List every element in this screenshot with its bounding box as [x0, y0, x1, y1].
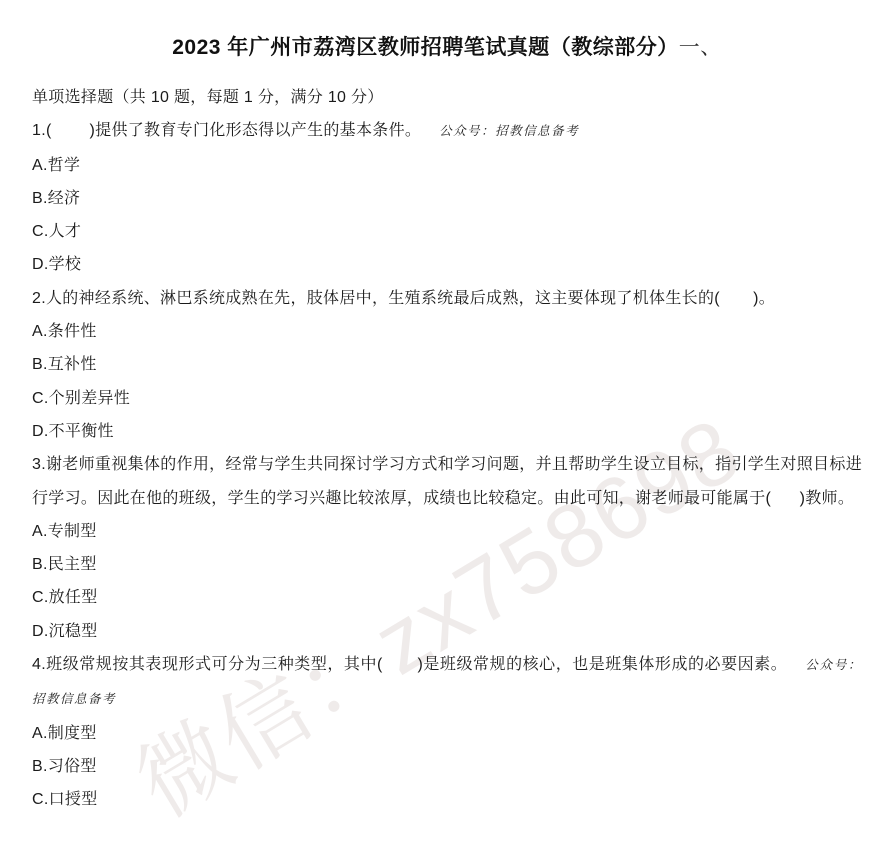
document-page: 微信：zx758698 2023 年广州市荔湾区教师招聘笔试真题（教综部分）一、…	[0, 0, 890, 845]
question-1-option-a: A.哲学	[32, 149, 862, 182]
document-content: 2023 年广州市荔湾区教师招聘笔试真题（教综部分）一、 单项选择题（共 10 …	[0, 0, 890, 817]
question-3-option-d: D.沉稳型	[32, 615, 862, 648]
question-3-option-b: B.民主型	[32, 548, 862, 581]
question-2-option-b: B.互补性	[32, 348, 862, 381]
question-3-text: 3.谢老师重视集体的作用，经常与学生共同探讨学习方式和学习问题，并且帮助学生设立…	[32, 448, 862, 515]
question-4-option-b: B.习俗型	[32, 750, 862, 783]
question-4-body: 4.班级常规按其表现形式可分为三种类型，其中( )是班级常规的核心，也是班集体形…	[32, 656, 787, 673]
question-1-option-d: D.学校	[32, 248, 862, 281]
question-2-option-a: A.条件性	[32, 315, 862, 348]
question-2-option-d: D.不平衡性	[32, 415, 862, 448]
question-1-wechat-note: 公众号：招教信息备考	[439, 124, 579, 138]
page-title-suffix: 一、	[679, 36, 722, 59]
question-2-text: 2.人的神经系统、淋巴系统成熟在先，肢体居中，生殖系统最后成熟，这主要体现了机体…	[32, 282, 862, 315]
question-1-option-c: C.人才	[32, 215, 862, 248]
question-3-option-c: C.放任型	[32, 581, 862, 614]
question-3-option-a: A.专制型	[32, 515, 862, 548]
question-2-option-c: C.个别差异性	[32, 382, 862, 415]
section-header: 单项选择题（共 10 题，每题 1 分，满分 10 分）	[32, 81, 862, 114]
question-1-option-b: B.经济	[32, 182, 862, 215]
question-2-body: 2.人的神经系统、淋巴系统成熟在先，肢体居中，生殖系统最后成熟，这主要体现了机体…	[32, 290, 775, 307]
question-1-text: 1.( )提供了教育专门化形态得以产生的基本条件。公众号：招教信息备考	[32, 114, 862, 148]
question-1-body: 1.( )提供了教育专门化形态得以产生的基本条件。	[32, 122, 421, 139]
page-title-main: 2023 年广州市荔湾区教师招聘笔试真题（教综部分）	[172, 36, 679, 59]
page-title: 2023 年广州市荔湾区教师招聘笔试真题（教综部分）一、	[32, 32, 862, 64]
question-4-option-c: C.口授型	[32, 783, 862, 816]
question-4-option-a: A.制度型	[32, 717, 862, 750]
question-4-text: 4.班级常规按其表现形式可分为三种类型，其中( )是班级常规的核心，也是班集体形…	[32, 648, 862, 717]
question-3-body: 3.谢老师重视集体的作用，经常与学生共同探讨学习方式和学习问题，并且帮助学生设立…	[32, 456, 862, 506]
